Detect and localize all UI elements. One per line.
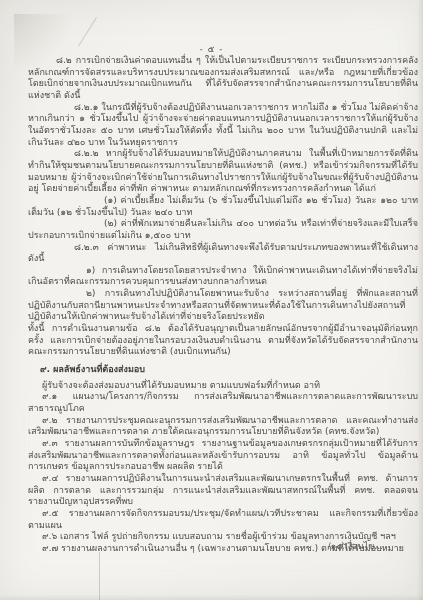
sub-item-1: ๑) การเดินทางโดยรถโดยสารประจำทาง ให้เบิก… — [28, 266, 418, 289]
paragraph-9-4: ๙.๔ รายงานผลการปฏิบัติงานในการแนะนำส่งเส… — [28, 474, 418, 509]
document-body: ๘.๒ การเบิกจ่ายเงินค่าตอบแทนอื่น ๆ ให้เป… — [28, 56, 418, 556]
page-number: - ๕ - — [0, 42, 423, 56]
list-item-2: (๒) ค่าที่พักเหมาจ่ายคืนละไม่เกิน ๔๐๐ บา… — [28, 219, 418, 242]
scan-crease-bottom — [99, 552, 100, 600]
scanned-page: - ๕ - ๘.๒ การเบิกจ่ายเงินค่าตอบแทนอื่น ๆ… — [0, 0, 423, 600]
continuation-note: /๑๐.เงื่อนไข... — [328, 539, 383, 553]
paragraph-note: ทั้งนี้ การดำเนินงานตามข้อ ๘.๒ ต้องได้รั… — [28, 324, 418, 359]
sub-item-2: ๒) การเดินทางไปปฏิบัติงานโดยพาหนะรับจ้าง… — [28, 289, 418, 324]
list-item-1: (๑) ค่าเบี้ยเลี้ยง ไม่เต็มวัน (๖ ชั่วโมง… — [28, 196, 418, 219]
paragraph-9-5: ๙.๕ รายงานผลการจัดกิจกรรมอบรม/ประชุม/จัด… — [28, 509, 418, 532]
paragraph-8-2-2: ๘.๒.๒ หากผู้รับจ้างได้รับมอบหมายให้ปฏิบั… — [28, 149, 418, 196]
scan-edge-shadow-bottom — [0, 594, 423, 600]
paragraph-8-2-3: ๘.๒.๓ ค่าพาหนะ ไม่เกินสิทธิที่ผู้เดินทาง… — [28, 243, 418, 266]
paragraph-8-2: ๘.๒ การเบิกจ่ายเงินค่าตอบแทนอื่น ๆ ให้เป… — [28, 56, 418, 103]
paragraph-9-2: ๙.๒ รายงานการประชุมคณะอนุกรรมการส่งเสริม… — [28, 416, 418, 439]
paragraph-8-2-1: ๘.๒.๑ ในกรณีที่ผู้รับจ้างต้องปฏิบัติงานน… — [28, 103, 418, 150]
paragraph-9-3: ๙.๓ รายงานผลการบันทึกข้อมูลราษฎร รายงานฐ… — [28, 439, 418, 474]
paragraph-9-intro: ผู้รับจ้างจะต้องส่งมอบงานที่ได้รับมอบหมา… — [28, 381, 418, 393]
section-9-header: ๙. ผลลัพธ์งานที่ต้องส่งมอบ — [28, 365, 418, 377]
paragraph-9-1: ๙.๑ แผนงาน/โครงการ/กิจกรรม การส่งเสริมพั… — [28, 392, 418, 415]
